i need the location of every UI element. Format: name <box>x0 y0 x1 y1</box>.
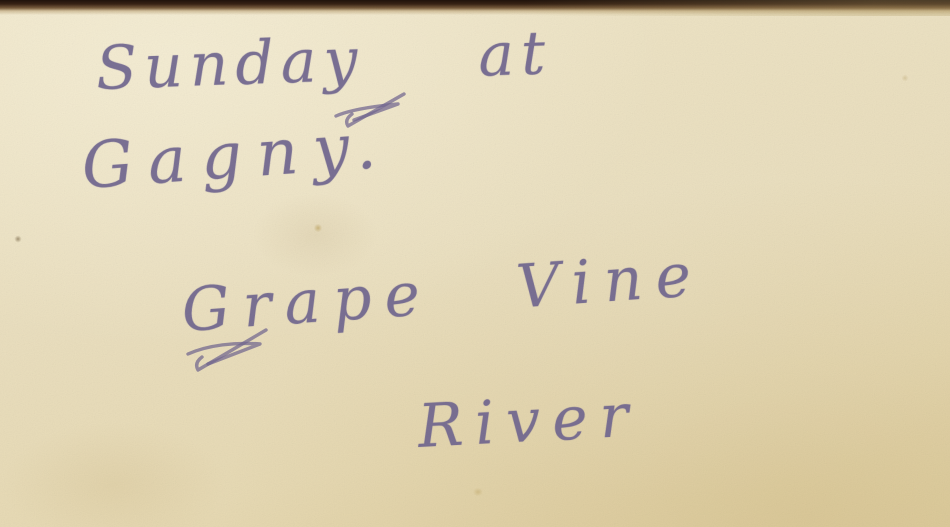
handwritten-line-river: River <box>416 380 642 462</box>
scanned-note-page: Sunday at Gagny. Grape Vine River <box>0 0 950 527</box>
